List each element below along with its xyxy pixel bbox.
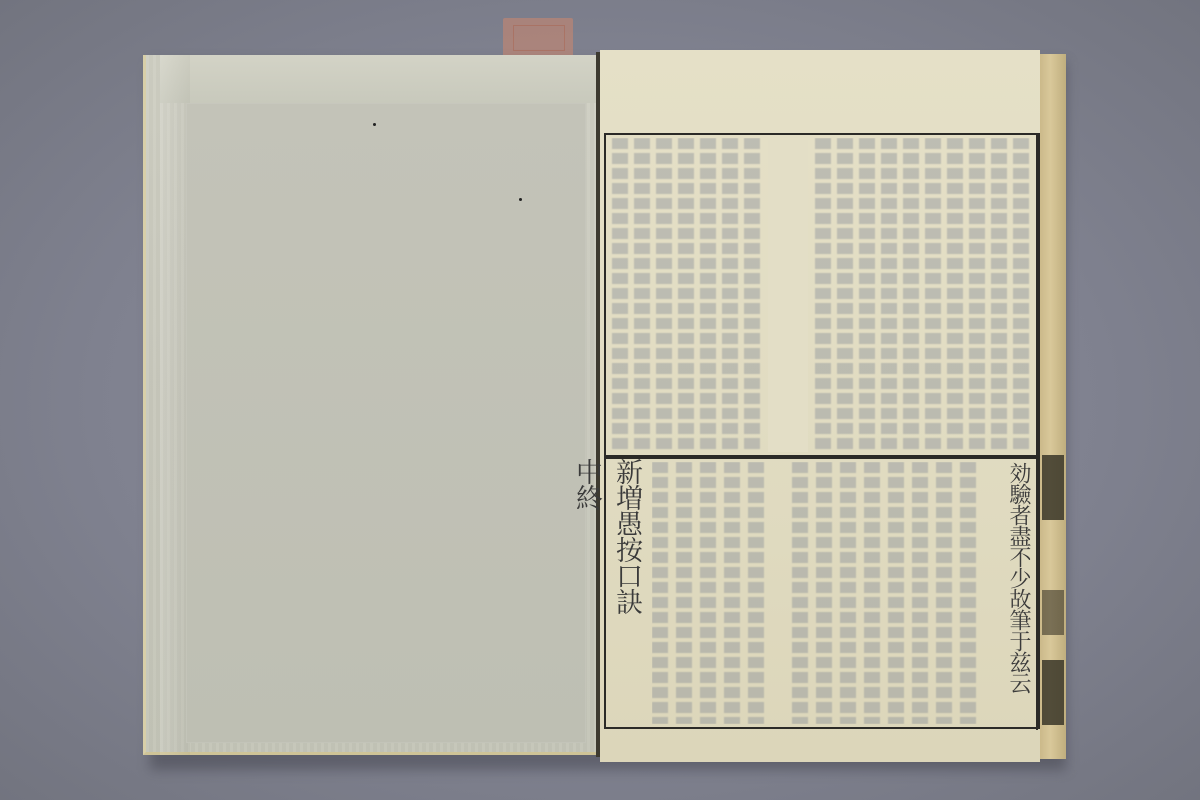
page-edge-shadow — [1042, 660, 1064, 725]
page-edge-shadow — [1042, 590, 1064, 635]
frame-divider — [604, 457, 1040, 459]
page-edges — [1040, 54, 1066, 759]
show-through-text-lower — [652, 462, 987, 724]
show-through-text-upper — [610, 138, 1035, 453]
left-page-endpaper — [186, 103, 586, 743]
seal-stamp — [503, 18, 573, 58]
left-page — [143, 55, 598, 755]
left-page-top-band — [160, 55, 598, 103]
paper-speck — [519, 198, 522, 201]
page-edge-shadow — [1042, 455, 1064, 520]
colophon-title: 新増愚按口訣中終 — [606, 458, 646, 638]
paper-speck — [373, 123, 376, 126]
closing-line: 効驗者盡不少故筆于兹云 — [998, 462, 1038, 717]
blank-column-gap — [768, 140, 808, 452]
seal-border — [513, 25, 565, 51]
